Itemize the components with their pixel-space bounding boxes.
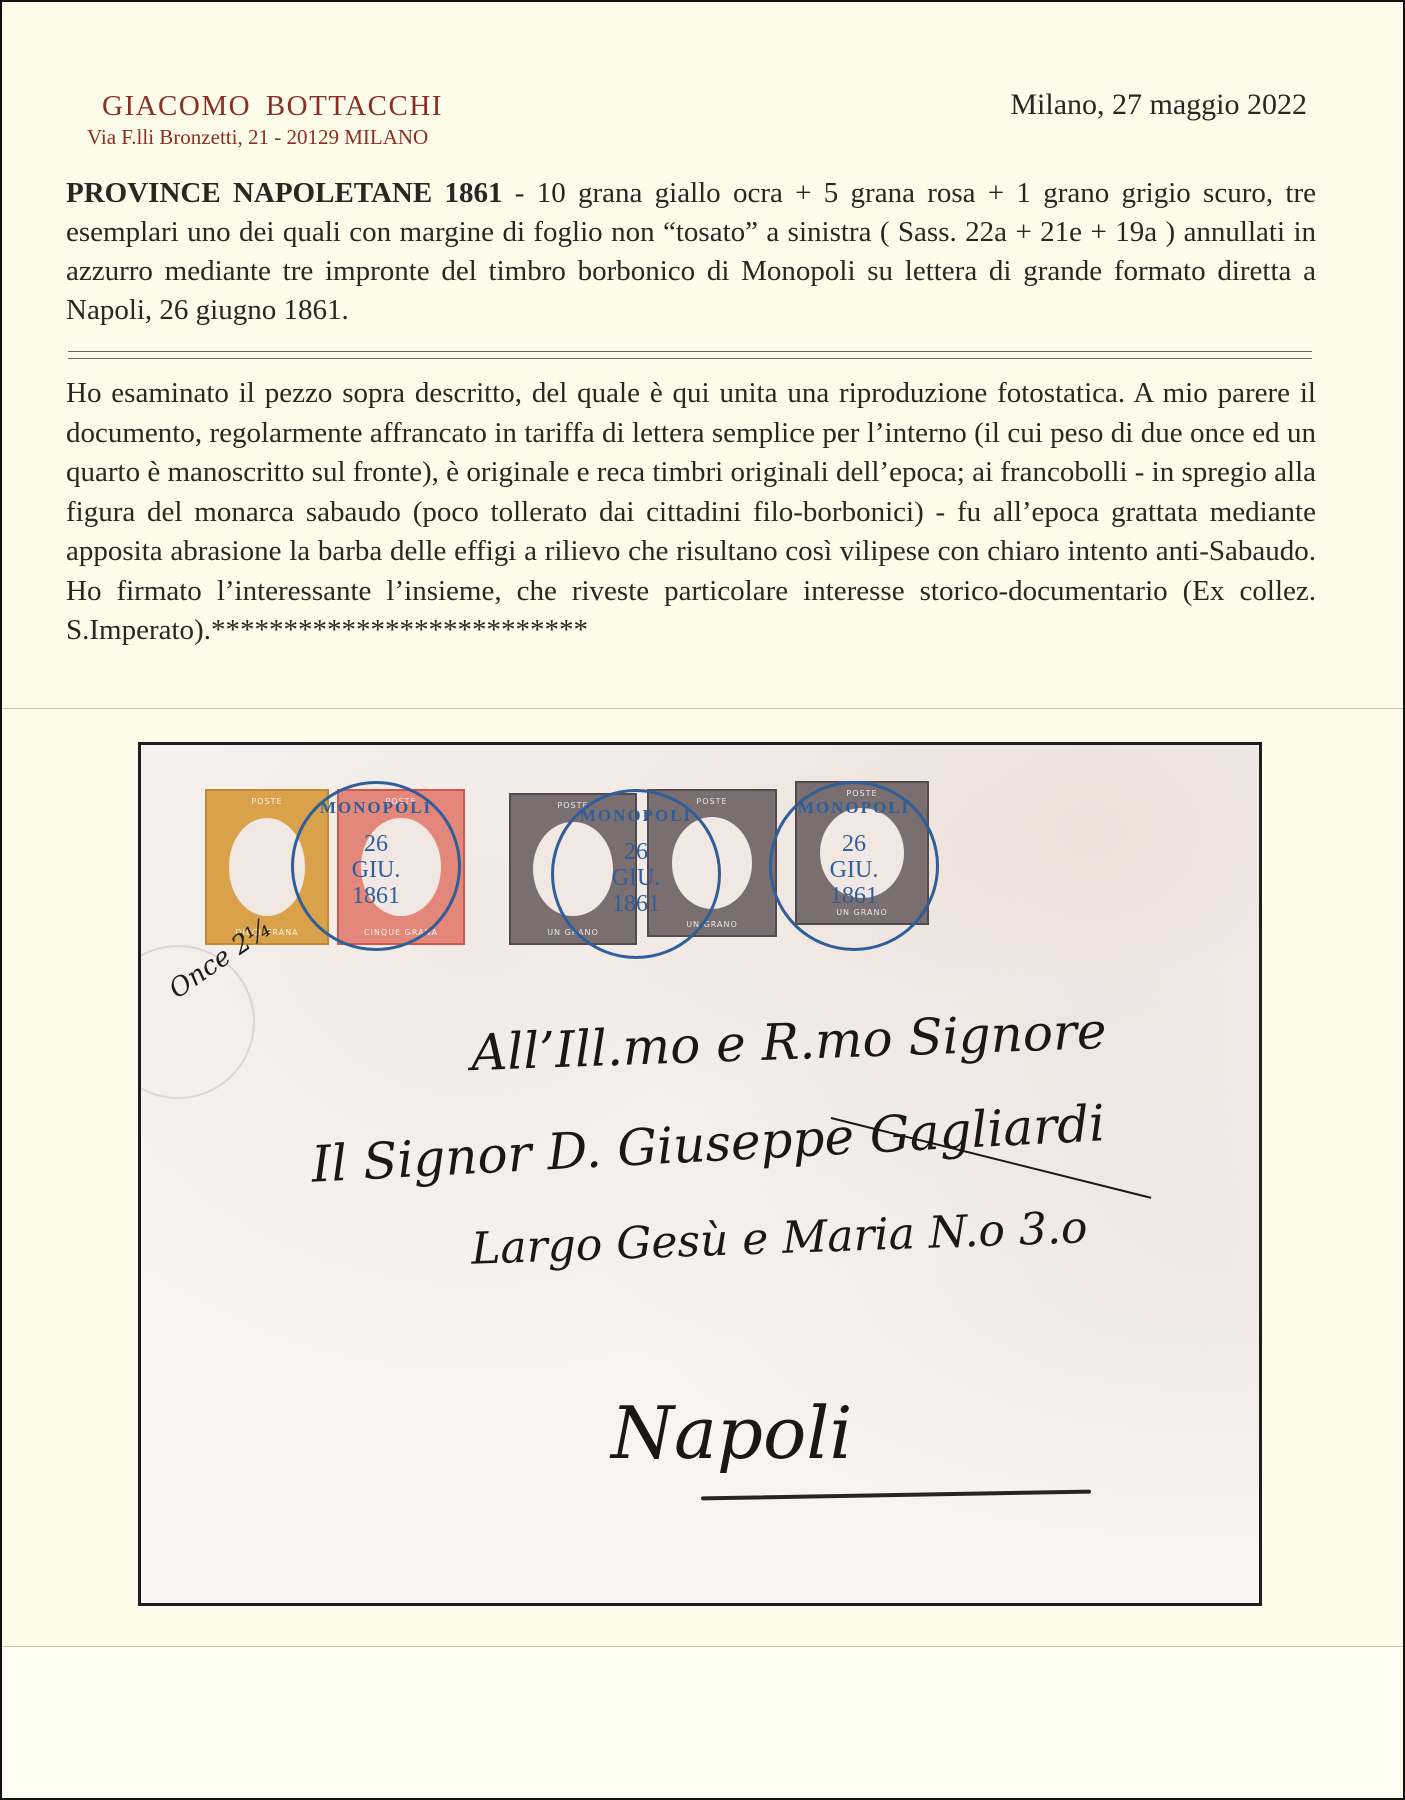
postmark-monopoli: MONOPOLI 26 GIU. 1861: [291, 781, 461, 951]
address-city: Napoli: [611, 1391, 852, 1475]
address-salutation: All’Ill.mo e R.mo Signore: [470, 1002, 1107, 1082]
address-street: Largo Gesù e Maria N.o 3.o: [470, 1202, 1088, 1274]
company-address: Via F.lli Bronzetti, 21 - 20129 MILANO: [87, 125, 428, 150]
fold-line: [2, 708, 1403, 709]
place-date: Milano, 27 maggio 2022: [1010, 88, 1307, 122]
opinion-text: Ho esaminato il pezzo sopra descritto, d…: [66, 377, 1316, 646]
address-recipient: Il Signor D. Giuseppe Gagliardi: [310, 1094, 1106, 1193]
separator-line: [68, 351, 1312, 359]
postmark-monopoli: MONOPOLI 26 GIU. 1861: [551, 789, 721, 959]
company-name: GIACOMO BOTTACCHI: [102, 90, 443, 123]
description-title: PROVINCE NAPOLETANE 1861: [66, 177, 502, 209]
postmark-monopoli: MONOPOLI 26 GIU. 1861: [769, 781, 939, 951]
city-underline: [701, 1490, 1091, 1501]
cover-photo: POSTE DIECI GRANA POSTE CINQUE GRANA POS…: [138, 742, 1262, 1606]
lower-panel: [2, 1647, 1403, 1798]
description: PROVINCE NAPOLETANE 1861 - 10 grana gial…: [66, 174, 1316, 330]
opinion-asterisks: **************************: [211, 614, 588, 646]
expert-opinion: Ho esaminato il pezzo sopra descritto, d…: [66, 374, 1316, 651]
certificate-sheet: GIACOMO BOTTACCHI Via F.lli Bronzetti, 2…: [0, 0, 1405, 1800]
